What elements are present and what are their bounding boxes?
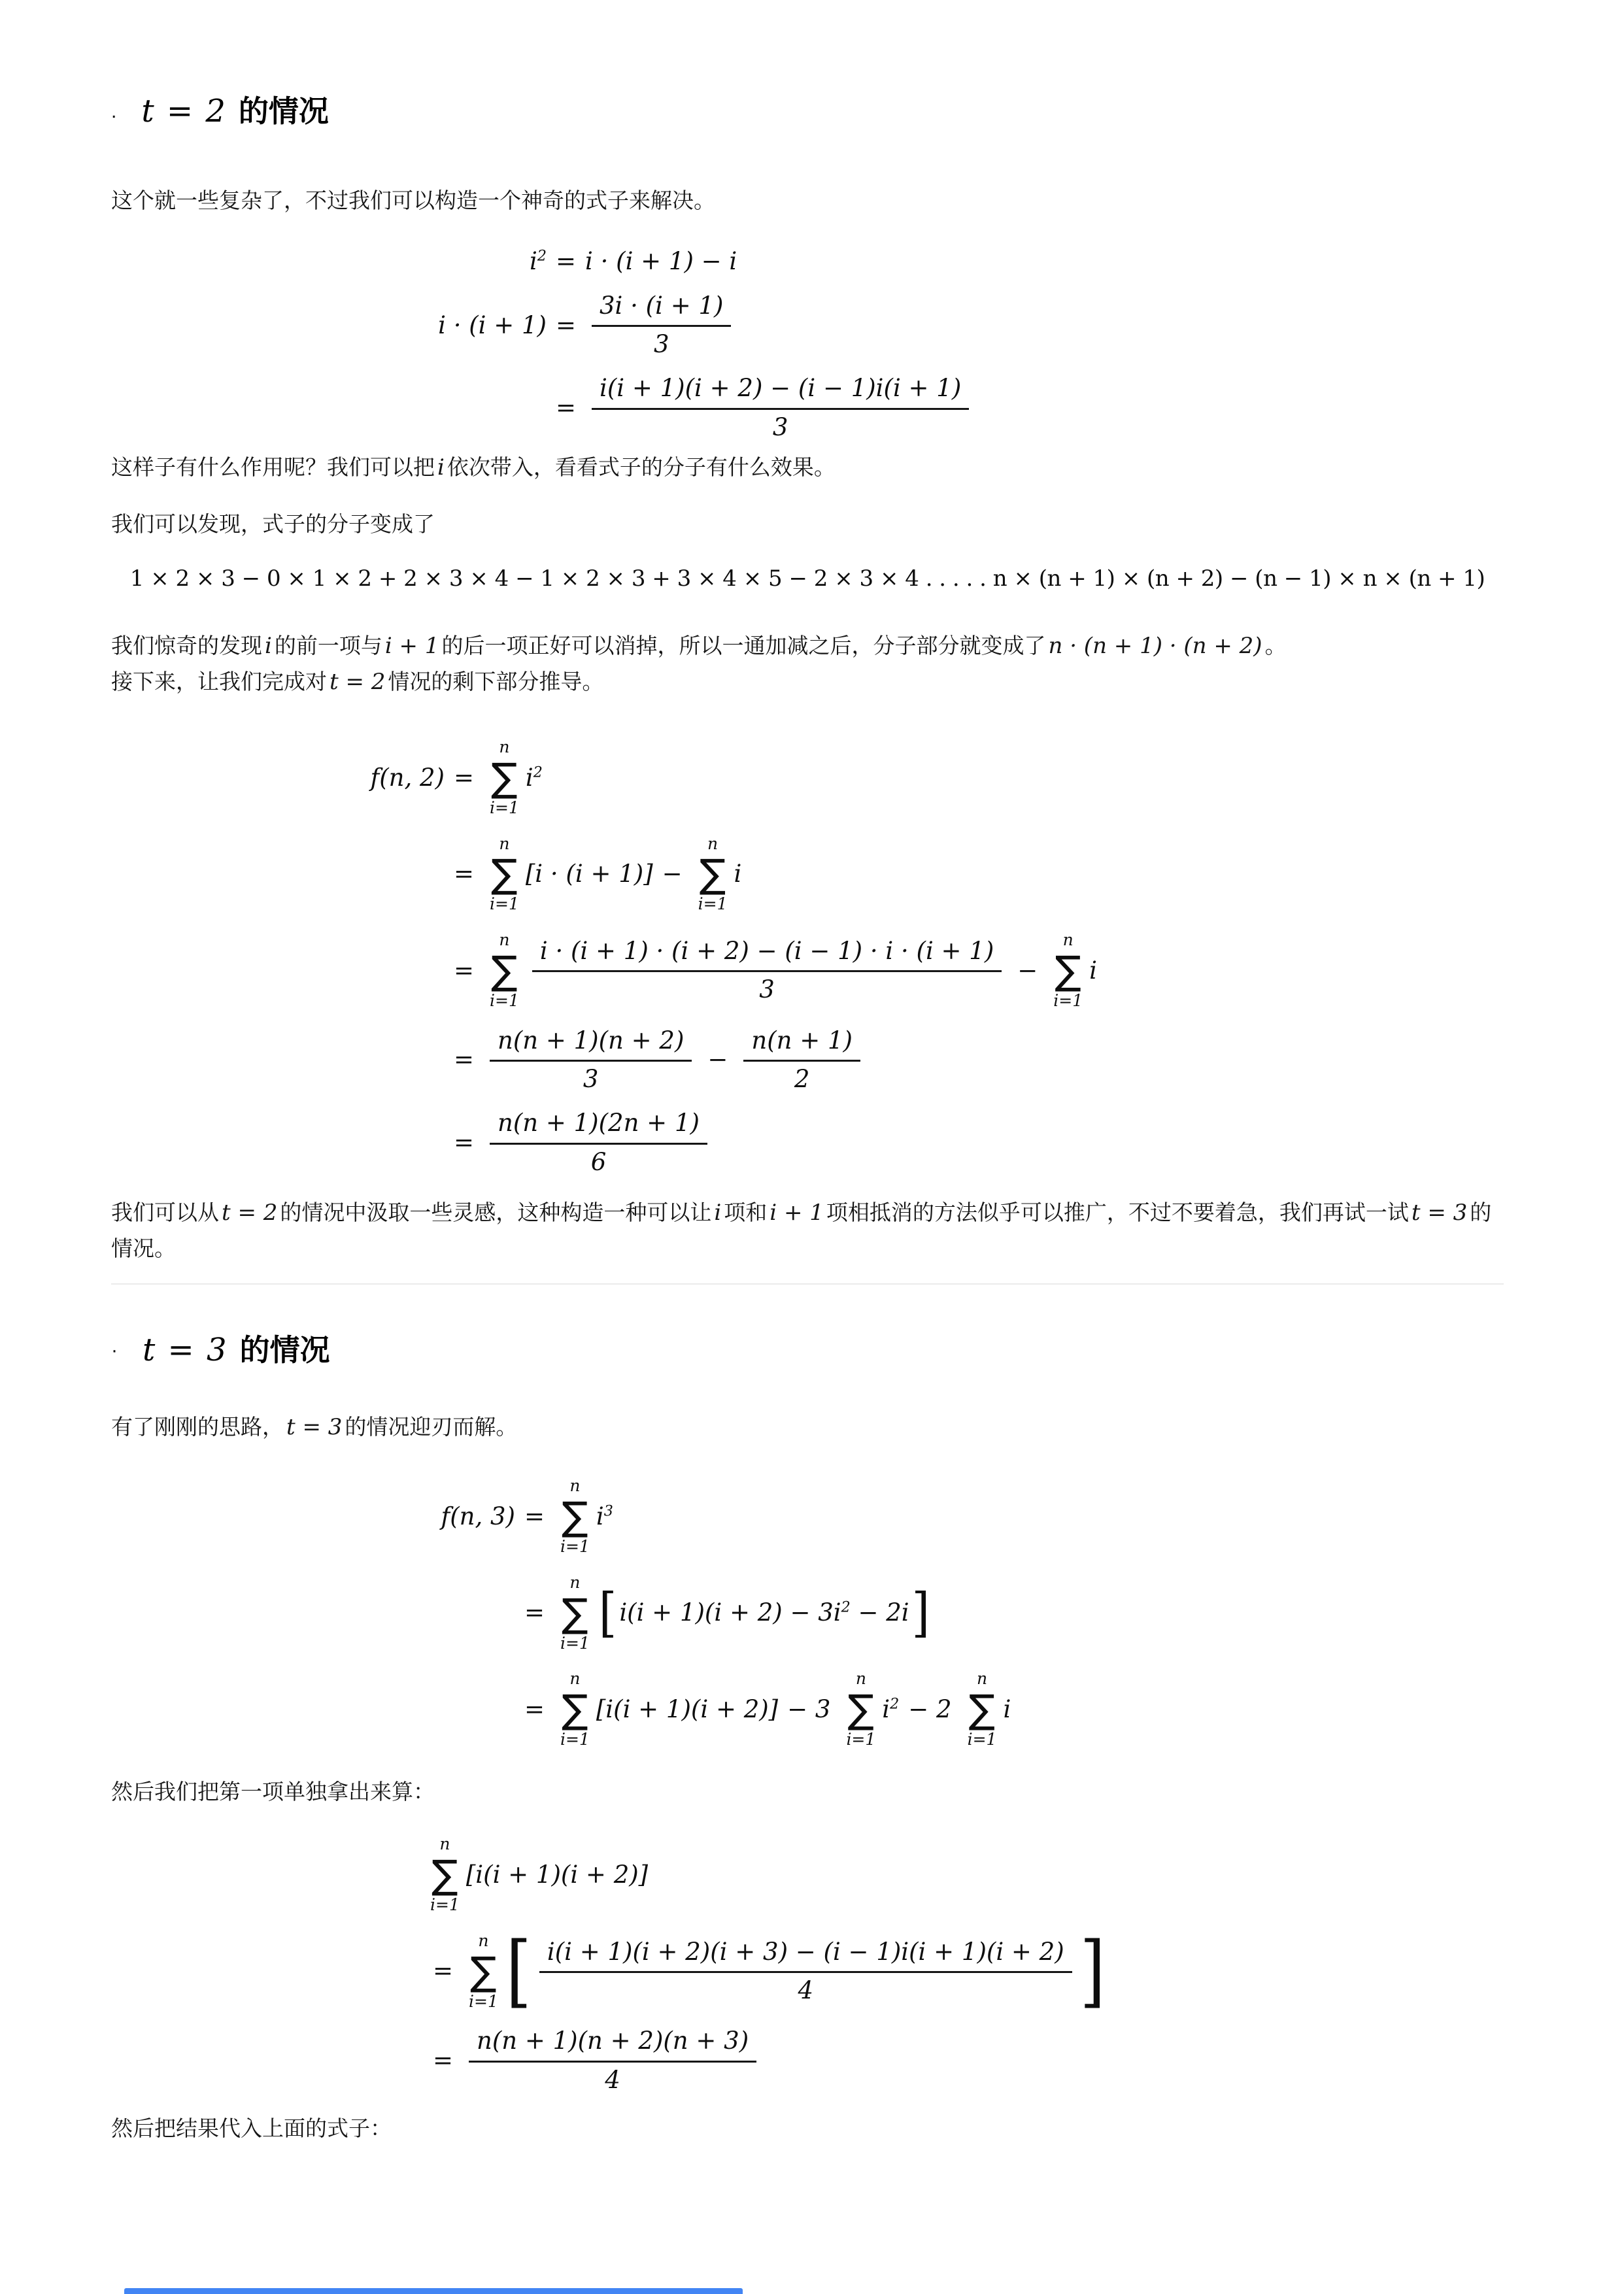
inline-math: t = 2: [219, 1200, 280, 1226]
paragraph-substitute: 这样子有什么作用呢？我们可以把i依次带入，看看式子的分子有什么效果。: [111, 450, 1504, 486]
inline-math: t = 2: [327, 669, 388, 695]
equation-row: = n(n + 1)(n + 2) 3 − n(n + 1) 2: [366, 1028, 1504, 1093]
equation-row: = n∑i=1 [ i(i + 1)(i + 2)(i + 3) − (i − …: [424, 1932, 1504, 2012]
heading-math-t2: t = 2: [141, 93, 227, 131]
list-bullet: ·: [111, 1339, 118, 1362]
equation-lhs: f(n, 3): [438, 1503, 515, 1531]
minus-sign: −: [707, 1046, 728, 1074]
equals-sign: =: [454, 1046, 474, 1074]
heading-label: 的情况: [239, 93, 329, 129]
paragraph-first-term: 然后我们把第一项单独拿出来算：: [111, 1774, 1504, 1809]
paragraph-substitute-back: 然后把结果代入上面的式子：: [111, 2111, 1504, 2146]
sum-symbol: n∑i=1: [698, 835, 728, 915]
close-bracket: ]: [1080, 1927, 1106, 2017]
sum-symbol: n∑i=1: [490, 738, 519, 818]
paragraph-text: 的后一项正好可以消掉，所以一通加减之后，分子部分就变成了: [441, 633, 1045, 658]
sum-symbol: n∑i=1: [469, 1932, 498, 2012]
equals-sign: =: [524, 1696, 545, 1724]
paragraph-text: 我们惊奇的发现: [111, 633, 262, 658]
formula-text: 1 × 2 × 3 − 0 × 1 × 2 + 2 × 3 × 4 − 1 × …: [130, 565, 1485, 592]
minus-sign: −: [662, 860, 683, 888]
equation-row: = n(n + 1)(2n + 1) 6: [366, 1110, 1504, 1175]
equation-row: f(n, 3) = n∑i=1 i3: [438, 1477, 1504, 1557]
minus-coefficient: − 3: [787, 1696, 830, 1724]
paragraph-text: 。: [1265, 633, 1287, 658]
sum-symbol: n∑i=1: [490, 931, 519, 1011]
paragraph-text: 的情况中汲取一些灵感，这种构造一种可以让: [280, 1200, 711, 1224]
paragraph-text: 这样子有什么作用呢？我们可以把: [111, 455, 435, 479]
paragraph-text: 的前一项与: [275, 633, 382, 658]
sum-symbol: n∑i=1: [1053, 931, 1083, 1011]
paragraph-text: 情况的剩下部分推导。: [388, 669, 603, 694]
heading-t2-case: . t = 2 的情况: [111, 93, 1504, 131]
equation-row: = n∑i=1 [ i(i + 1)(i + 2) − 3i2 − 2i ]: [438, 1574, 1504, 1653]
equals-sign: =: [556, 312, 576, 340]
paragraph-text: 然后我们把第一项单独拿出来算：: [111, 1780, 435, 1804]
sum-symbol: n∑i=1: [560, 1477, 590, 1557]
paragraph-text: 然后把结果代入上面的式子：: [111, 2116, 392, 2140]
equation-row: = n∑i=1 [i(i + 1)(i + 2)] − 3 n∑i=1 i2 −…: [438, 1670, 1504, 1749]
cut-off-blue-element: [124, 2288, 743, 2294]
equation-lhs: i2: [430, 248, 547, 276]
fraction: 3i · (i + 1) 3: [592, 293, 731, 358]
equation-row: = n(n + 1)(n + 2)(n + 3) 4: [424, 2028, 1504, 2093]
formula-block-f-n-2: f(n, 2) = n∑i=1 i2 = n∑i=1 [i · (i + 1)]…: [366, 738, 1504, 1175]
paragraph-text: 我们可以从: [111, 1200, 219, 1224]
paragraph-inspiration: 我们可以从t = 2的情况中汲取一些灵感，这种构造一种可以让i项和i + 1项相…: [111, 1195, 1504, 1266]
sum-symbol: n∑i=1: [490, 835, 519, 915]
equation-lhs: i · (i + 1): [430, 312, 547, 340]
inline-math: i + 1: [382, 633, 442, 659]
fraction: i(i + 1)(i + 2)(i + 3) − (i − 1)i(i + 1)…: [539, 1939, 1072, 2004]
paragraph-intro: 这个就一些复杂了，不过我们可以构造一个神奇的式子来解决。: [111, 183, 1504, 218]
equation-row: = i(i + 1)(i + 2) − (i − 1)i(i + 1) 3: [430, 375, 1504, 441]
paragraph-text: 项相抵消的方法似乎可以推广，不过不要着急，我们再试一试: [826, 1200, 1409, 1224]
equals-sign: =: [454, 1129, 474, 1157]
inline-math: t = 3: [284, 1414, 345, 1440]
heading-label: 的情况: [240, 1332, 330, 1368]
minus-coefficient: − 2: [908, 1696, 951, 1724]
open-bracket: [: [599, 1583, 617, 1644]
close-bracket: ]: [912, 1583, 930, 1644]
open-bracket: [: [506, 1927, 532, 2017]
formula-block-f-n-3: f(n, 3) = n∑i=1 i3 = n∑i=1 [ i(i + 1)(i …: [438, 1477, 1504, 1749]
paragraph-text: 有了刚刚的思路，: [111, 1415, 284, 1439]
equation-row: = n∑i=1 [i · (i + 1)] − n∑i=1 i: [366, 835, 1504, 915]
fraction: i(i + 1)(i + 2) − (i − 1)i(i + 1) 3: [592, 375, 969, 441]
sum-symbol: n∑i=1: [560, 1574, 590, 1653]
fraction: n(n + 1)(2n + 1) 6: [490, 1110, 707, 1175]
paragraph-text: 我们可以发现，式子的分子变成了: [111, 512, 435, 536]
section-divider: [111, 1283, 1504, 1285]
inline-math: t = 3: [1409, 1200, 1470, 1226]
heading-t3-case: · t = 3 的情况: [111, 1332, 1504, 1370]
paragraph-cancellation: 我们惊奇的发现i的前一项与i + 1的后一项正好可以消掉，所以一通加减之后，分子…: [111, 628, 1504, 700]
fraction: n(n + 1) 2: [743, 1028, 860, 1093]
paragraph-text: 项和: [724, 1200, 767, 1224]
equals-sign: =: [556, 248, 576, 276]
fraction: n(n + 1)(n + 2) 3: [490, 1028, 692, 1093]
inline-math: i: [262, 633, 275, 659]
paragraph-text: 依次带入，看看式子的分子有什么效果。: [447, 455, 836, 479]
formula-block-product-sum: n∑i=1 [i(i + 1)(i + 2)] = n∑i=1 [ i(i + …: [424, 1835, 1504, 2093]
article-page: . t = 2 的情况 这个就一些复杂了，不过我们可以构造一个神奇的式子来解决。…: [0, 0, 1624, 2294]
inline-math: i + 1: [767, 1200, 826, 1226]
equation-rhs: i · (i + 1) − i: [585, 248, 737, 276]
inline-math: i: [435, 454, 447, 481]
paragraph-t3-intro: 有了刚刚的思路，t = 3的情况迎刃而解。: [111, 1409, 1504, 1445]
fraction: n(n + 1)(n + 2)(n + 3) 4: [469, 2028, 756, 2093]
sum-symbol: n∑i=1: [560, 1670, 590, 1749]
equals-sign: =: [454, 860, 474, 888]
sum-symbol: n∑i=1: [430, 1835, 460, 1915]
paragraph-numerator-becomes: 我们可以发现，式子的分子变成了: [111, 507, 1504, 541]
equals-sign: =: [433, 1957, 453, 1985]
equals-sign: =: [454, 957, 474, 985]
formula-block-identity: i2 = i · (i + 1) − i i · (i + 1) = 3i · …: [430, 248, 1504, 441]
paragraph-text: 的情况迎刃而解。: [345, 1415, 517, 1439]
equation-row: i2 = i · (i + 1) − i: [430, 248, 1504, 276]
list-bullet: .: [111, 100, 116, 124]
equals-sign: =: [524, 1503, 545, 1531]
paragraph-text: 这个就一些复杂了，不过我们可以构造一个神奇的式子来解决。: [111, 188, 715, 212]
fraction: i · (i + 1) · (i + 2) − (i − 1) · i · (i…: [532, 938, 1002, 1004]
equation-row: = n∑i=1 i · (i + 1) · (i + 2) − (i − 1) …: [366, 931, 1504, 1011]
equals-sign: =: [556, 394, 576, 422]
equals-sign: =: [433, 2047, 453, 2075]
equals-sign: =: [454, 764, 474, 792]
equation-lhs: f(n, 2): [366, 764, 445, 792]
equation-row: f(n, 2) = n∑i=1 i2: [366, 738, 1504, 818]
equation-row: n∑i=1 [i(i + 1)(i + 2)]: [424, 1835, 1504, 1915]
sum-symbol: n∑i=1: [968, 1670, 997, 1749]
inline-math: n · (n + 1) · (n + 2): [1045, 633, 1264, 659]
equation-row: i · (i + 1) = 3i · (i + 1) 3: [430, 293, 1504, 358]
paragraph-text: 接下来，让我们完成对: [111, 669, 327, 694]
sum-symbol: n∑i=1: [846, 1670, 875, 1749]
equals-sign: =: [524, 1599, 545, 1627]
formula-telescoping-line: 1 × 2 × 3 − 0 × 1 × 2 + 2 × 3 × 4 − 1 × …: [111, 565, 1504, 592]
minus-sign: −: [1017, 957, 1038, 985]
heading-math-t3: t = 3: [143, 1332, 228, 1370]
inline-math: i: [711, 1200, 724, 1226]
